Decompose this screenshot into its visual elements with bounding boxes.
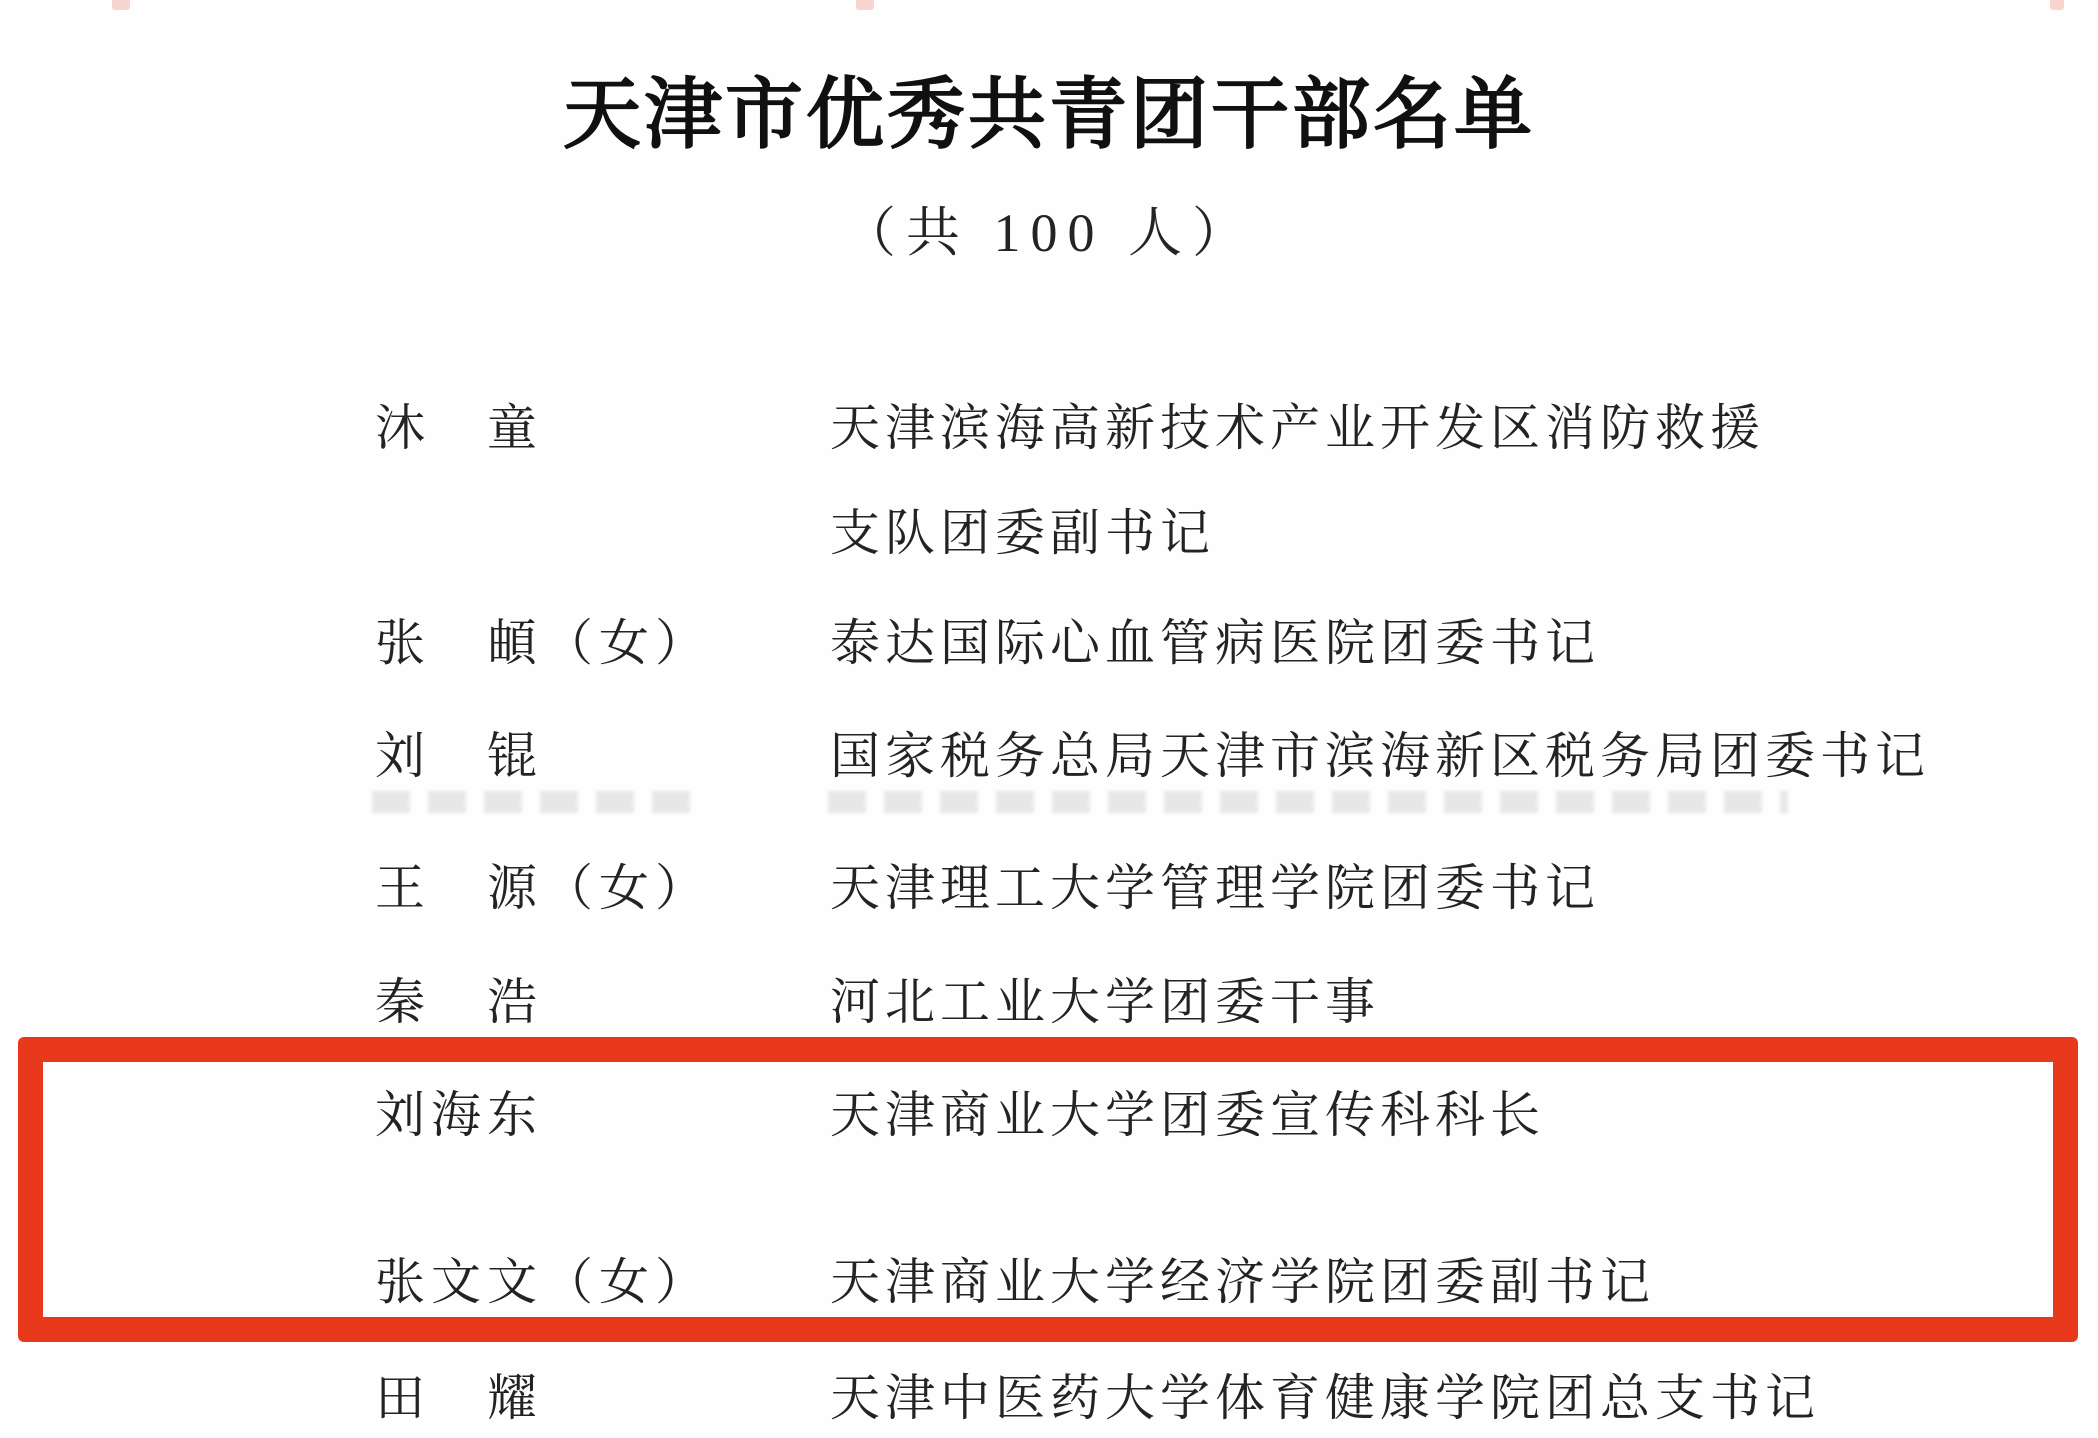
person-position: 河北工业大学团委干事: [830, 972, 1380, 1032]
list-item-continuation: 支队团委副书记: [0, 503, 2098, 565]
top-edge-artifact: [856, 0, 874, 10]
list-item: 张 頔（女） 泰达国际心血管病医院团委书记: [0, 613, 2098, 675]
list-item: 刘 锟 国家税务总局天津市滨海新区税务局团委书记: [0, 726, 2098, 788]
list-item: 王 源（女） 天津理工大学管理学院团委书记: [0, 858, 2098, 920]
faded-row-artifact: [828, 791, 1788, 813]
faded-row-artifact: [372, 791, 702, 813]
person-position: 天津商业大学经济学院团委副书记: [830, 1252, 1655, 1312]
document-page: 天津市优秀共青团干部名单 （共 100 人） 沐 童 天津滨海高新技术产业开发区…: [0, 0, 2098, 1438]
person-position: 天津中医药大学体育健康学院团总支书记: [830, 1368, 1820, 1428]
person-name: 秦 浩: [375, 972, 543, 1032]
page-subtitle: （共 100 人）: [0, 190, 2098, 267]
person-name: 张文文（女）: [375, 1252, 711, 1312]
person-position: 天津商业大学团委宣传科科长: [830, 1085, 1545, 1145]
person-name: 刘海东: [375, 1085, 543, 1145]
list-item: 田 耀 天津中医药大学体育健康学院团总支书记: [0, 1368, 2098, 1430]
list-item: 秦 浩 河北工业大学团委干事: [0, 972, 2098, 1034]
person-position-line2: 支队团委副书记: [830, 503, 1215, 563]
list-item: 沐 童 天津滨海高新技术产业开发区消防救援: [0, 398, 2098, 460]
top-edge-artifact: [112, 0, 130, 10]
person-position: 天津理工大学管理学院团委书记: [830, 858, 1600, 918]
person-name: 刘 锟: [375, 726, 543, 786]
top-edge-artifact: [2050, 0, 2064, 10]
person-position: 泰达国际心血管病医院团委书记: [830, 613, 1600, 673]
page-title: 天津市优秀共青团干部名单: [0, 52, 2098, 164]
list-item-highlighted: 刘海东 天津商业大学团委宣传科科长: [0, 1085, 2098, 1147]
person-name: 沐 童: [375, 398, 543, 458]
person-name: 田 耀: [375, 1368, 543, 1428]
person-name: 张 頔（女）: [375, 613, 711, 673]
person-name: 王 源（女）: [375, 858, 711, 918]
list-item-highlighted: 张文文（女） 天津商业大学经济学院团委副书记: [0, 1252, 2098, 1314]
person-position: 天津滨海高新技术产业开发区消防救援: [830, 398, 1765, 458]
person-position: 国家税务总局天津市滨海新区税务局团委书记: [830, 726, 1930, 786]
